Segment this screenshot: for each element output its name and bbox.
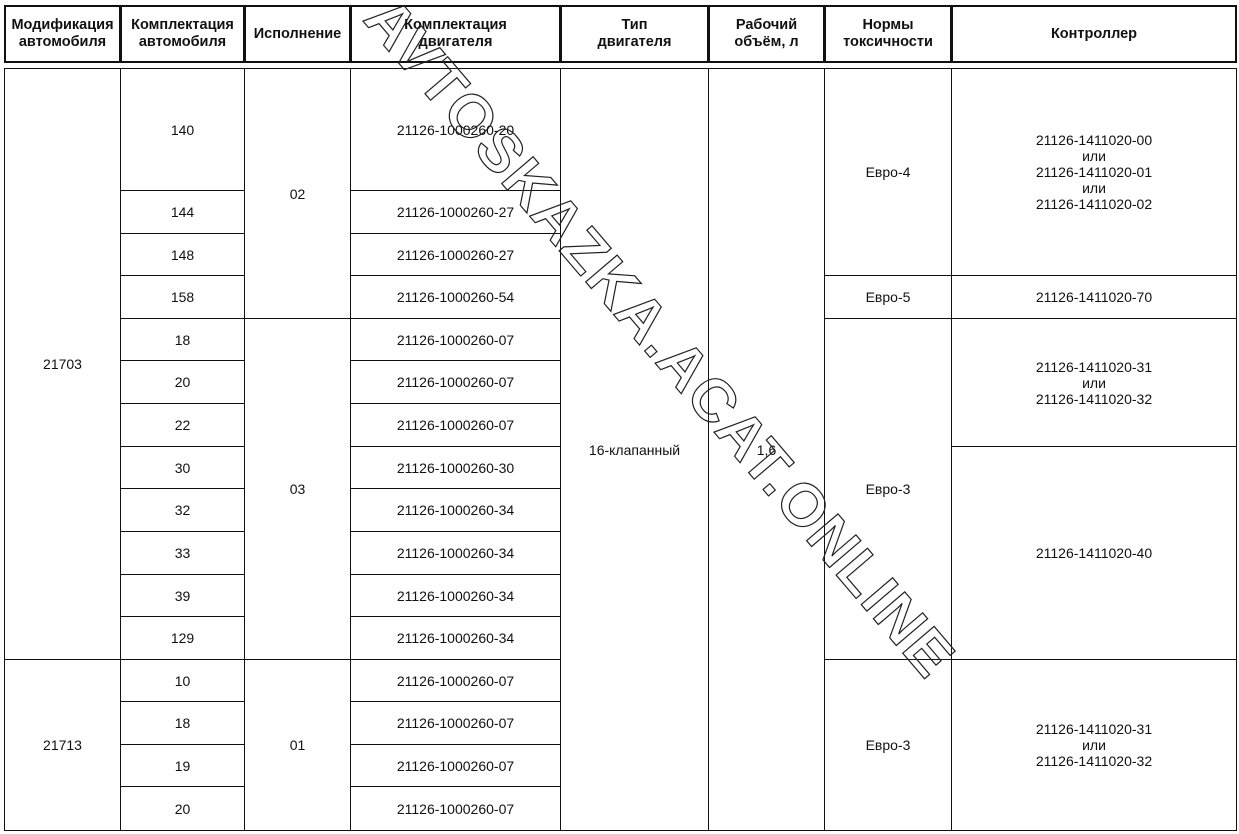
table-cell-engkompl: 21126-1000260-34 [350, 574, 561, 617]
cell-line: токсичности [843, 34, 933, 51]
cell-line: автомобиля [139, 34, 226, 51]
table-cell-engkompl: 21126-1000260-07 [350, 786, 561, 831]
table-cell-engkompl: 21126-1000260-07 [350, 701, 561, 745]
merged-cell-isp: 01 [244, 659, 351, 831]
table-cell-kompl: 18 [120, 318, 245, 361]
cell-line: Модификация [11, 17, 113, 34]
cell-line: или [1082, 737, 1106, 753]
table-cell-engkompl: 21126-1000260-07 [350, 360, 561, 404]
cell-line: или [1082, 375, 1106, 391]
table-cell-engkompl: 21126-1000260-27 [350, 190, 561, 234]
cell-line: Комплектация [131, 17, 234, 34]
cell-line: Нормы [862, 17, 913, 34]
cell-line: 21126-1411020-01 [1036, 164, 1152, 180]
cell-line: 21126-1411020-32 [1036, 753, 1152, 769]
merged-cell-ctrl: 21126-1411020-31или21126-1411020-32 [951, 318, 1237, 447]
column-header-engtype: Типдвигателя [560, 5, 709, 63]
table-cell-kompl: 129 [120, 616, 245, 660]
merged-cell-engtype: 16-клапанный [560, 68, 709, 831]
cell-line: 21126-1411020-32 [1036, 391, 1152, 407]
table-cell-engkompl: 21126-1000260-34 [350, 616, 561, 660]
merged-cell-ctrl: 21126-1411020-70 [951, 275, 1237, 319]
table-cell-kompl: 144 [120, 190, 245, 234]
table-cell-kompl: 20 [120, 786, 245, 831]
cell-line: или [1082, 148, 1106, 164]
merged-cell-mod: 21703 [4, 68, 121, 660]
table-cell-kompl: 33 [120, 531, 245, 575]
table-cell-engkompl: 21126-1000260-34 [350, 488, 561, 532]
column-header-mod: Модификацияавтомобиля [4, 5, 121, 63]
table-cell-kompl: 148 [120, 233, 245, 276]
cell-line: 21126-1411020-31 [1036, 359, 1152, 375]
table-cell-engkompl: 21126-1000260-07 [350, 659, 561, 702]
merged-cell-isp: 03 [244, 318, 351, 660]
cell-line: 21126-1411020-40 [1036, 545, 1152, 561]
cell-line: 21126-1411020-00 [1036, 132, 1152, 148]
cell-line: Контроллер [1051, 26, 1137, 43]
table-cell-kompl: 140 [120, 68, 245, 191]
table-cell-kompl: 22 [120, 403, 245, 447]
table-cell-kompl: 32 [120, 488, 245, 532]
table-cell-engkompl: 21126-1000260-54 [350, 275, 561, 319]
cell-line: двигателя [419, 34, 493, 51]
table-cell-kompl: 18 [120, 701, 245, 745]
cell-line: 21126-1411020-70 [1036, 289, 1152, 305]
merged-cell-volume: 1,6 [708, 68, 825, 831]
table-cell-engkompl: 21126-1000260-07 [350, 403, 561, 447]
table-cell-engkompl: 21126-1000260-27 [350, 233, 561, 276]
merged-cell-mod: 21713 [4, 659, 121, 831]
table-cell-engkompl: 21126-1000260-07 [350, 318, 561, 361]
column-header-engkompl: Комплектациядвигателя [350, 5, 561, 63]
merged-cell-norms: Евро-3 [824, 659, 952, 831]
column-header-kompl: Комплектацияавтомобиля [120, 5, 245, 63]
cell-line: Комплектация [404, 17, 507, 34]
merged-cell-isp: 02 [244, 68, 351, 319]
table-cell-kompl: 20 [120, 360, 245, 404]
table-cell-kompl: 39 [120, 574, 245, 617]
cell-line: 21126-1411020-02 [1036, 196, 1152, 212]
merged-cell-ctrl: 21126-1411020-31или21126-1411020-32 [951, 659, 1237, 831]
table-cell-kompl: 158 [120, 275, 245, 319]
cell-line: двигателя [598, 34, 672, 51]
merged-cell-norms: Евро-4 [824, 68, 952, 276]
merged-cell-ctrl: 21126-1411020-40 [951, 446, 1237, 660]
merged-cell-norms: Евро-3 [824, 318, 952, 660]
cell-line: автомобиля [19, 34, 106, 51]
table-cell-kompl: 10 [120, 659, 245, 702]
merged-cell-ctrl: 21126-1411020-00или21126-1411020-01или21… [951, 68, 1237, 276]
table-cell-kompl: 30 [120, 446, 245, 489]
table-cell-engkompl: 21126-1000260-34 [350, 531, 561, 575]
column-header-ctrl: Контроллер [951, 5, 1237, 63]
table-cell-engkompl: 21126-1000260-20 [350, 68, 561, 191]
column-header-volume: Рабочийобъём, л [708, 5, 825, 63]
cell-line: Тип [622, 17, 648, 34]
merged-cell-norms: Евро-5 [824, 275, 952, 319]
cell-line: 21126-1411020-31 [1036, 721, 1152, 737]
column-header-isp: Исполнение [244, 5, 351, 63]
table-cell-kompl: 19 [120, 744, 245, 787]
table-cell-engkompl: 21126-1000260-07 [350, 744, 561, 787]
table-cell-engkompl: 21126-1000260-30 [350, 446, 561, 489]
cell-line: Рабочий [736, 17, 797, 34]
cell-line: или [1082, 180, 1106, 196]
column-header-norms: Нормытоксичности [824, 5, 952, 63]
cell-line: Исполнение [254, 26, 342, 43]
cell-line: объём, л [734, 34, 798, 51]
